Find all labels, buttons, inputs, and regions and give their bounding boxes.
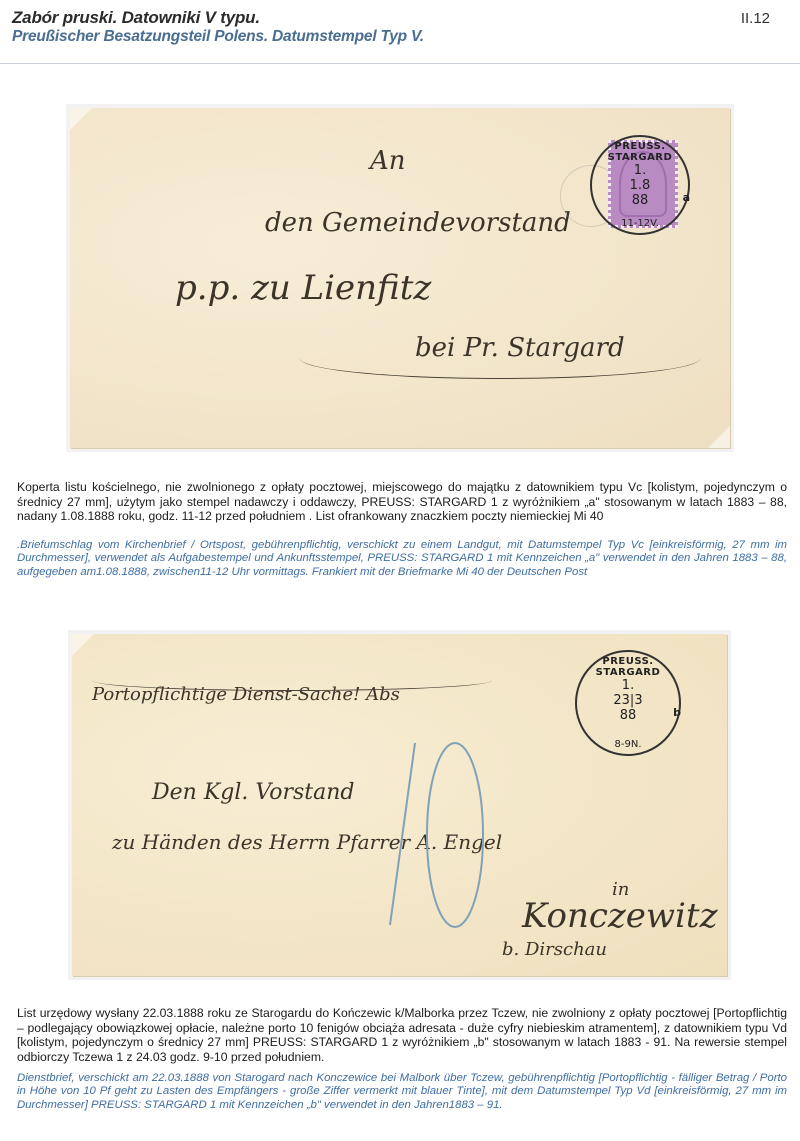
postmark-date: 1. 1.8 88 xyxy=(592,163,688,208)
caption-1-polish: Koperta listu kościelnego, nie zwolnione… xyxy=(17,480,787,524)
address-line-5: Konczewitz xyxy=(522,896,717,936)
underline-flourish xyxy=(92,670,492,691)
postmark-stargard-a: PREUSS. STARGARD 1. 1.8 88 a 11-12V. xyxy=(590,135,690,235)
header-divider xyxy=(0,63,800,64)
blue-ink-numeral-10 xyxy=(385,735,495,935)
postmark-town: PREUSS. STARGARD xyxy=(577,656,679,678)
postmark-time: 11-12V. xyxy=(592,218,688,229)
address-line-2: Den Kgl. Vorstand xyxy=(152,780,355,805)
underline-flourish xyxy=(300,338,700,379)
photo-corner xyxy=(72,634,94,656)
postmark-stargard-b: PREUSS. STARGARD 1. 23|3 88 b 8-9N. xyxy=(575,650,681,756)
postmark-town: PREUSS. STARGARD xyxy=(592,141,688,163)
postmark-time: 8-9N. xyxy=(577,739,679,750)
postmark-date: 1. 23|3 88 xyxy=(577,678,679,723)
address-line-3: p.p. zu Lienfitz xyxy=(175,268,431,308)
address-line-6: b. Dirschau xyxy=(502,939,607,960)
photo-corner xyxy=(708,426,730,448)
caption-2-polish: List urzędowy wysłany 22.03.1888 roku ze… xyxy=(17,1006,787,1064)
postmark-letter: b xyxy=(673,706,681,719)
address-line-1: An xyxy=(370,146,406,176)
page-number: II.12 xyxy=(741,10,770,27)
caption-2-german: Dienstbrief, verschickt am 22.03.1888 vo… xyxy=(17,1072,787,1112)
caption-1-german: .Briefumschlag vom Kirchenbrief / Ortspo… xyxy=(17,539,787,579)
photo-corner xyxy=(70,108,92,130)
postmark-letter: a xyxy=(683,191,690,204)
address-line-2: den Gemeindevorstand xyxy=(265,208,571,238)
page-title-german: Preußischer Besatzungsteil Polens. Datum… xyxy=(12,28,424,46)
page-title-polish: Zabór pruski. Datowniki V typu. xyxy=(12,8,260,28)
